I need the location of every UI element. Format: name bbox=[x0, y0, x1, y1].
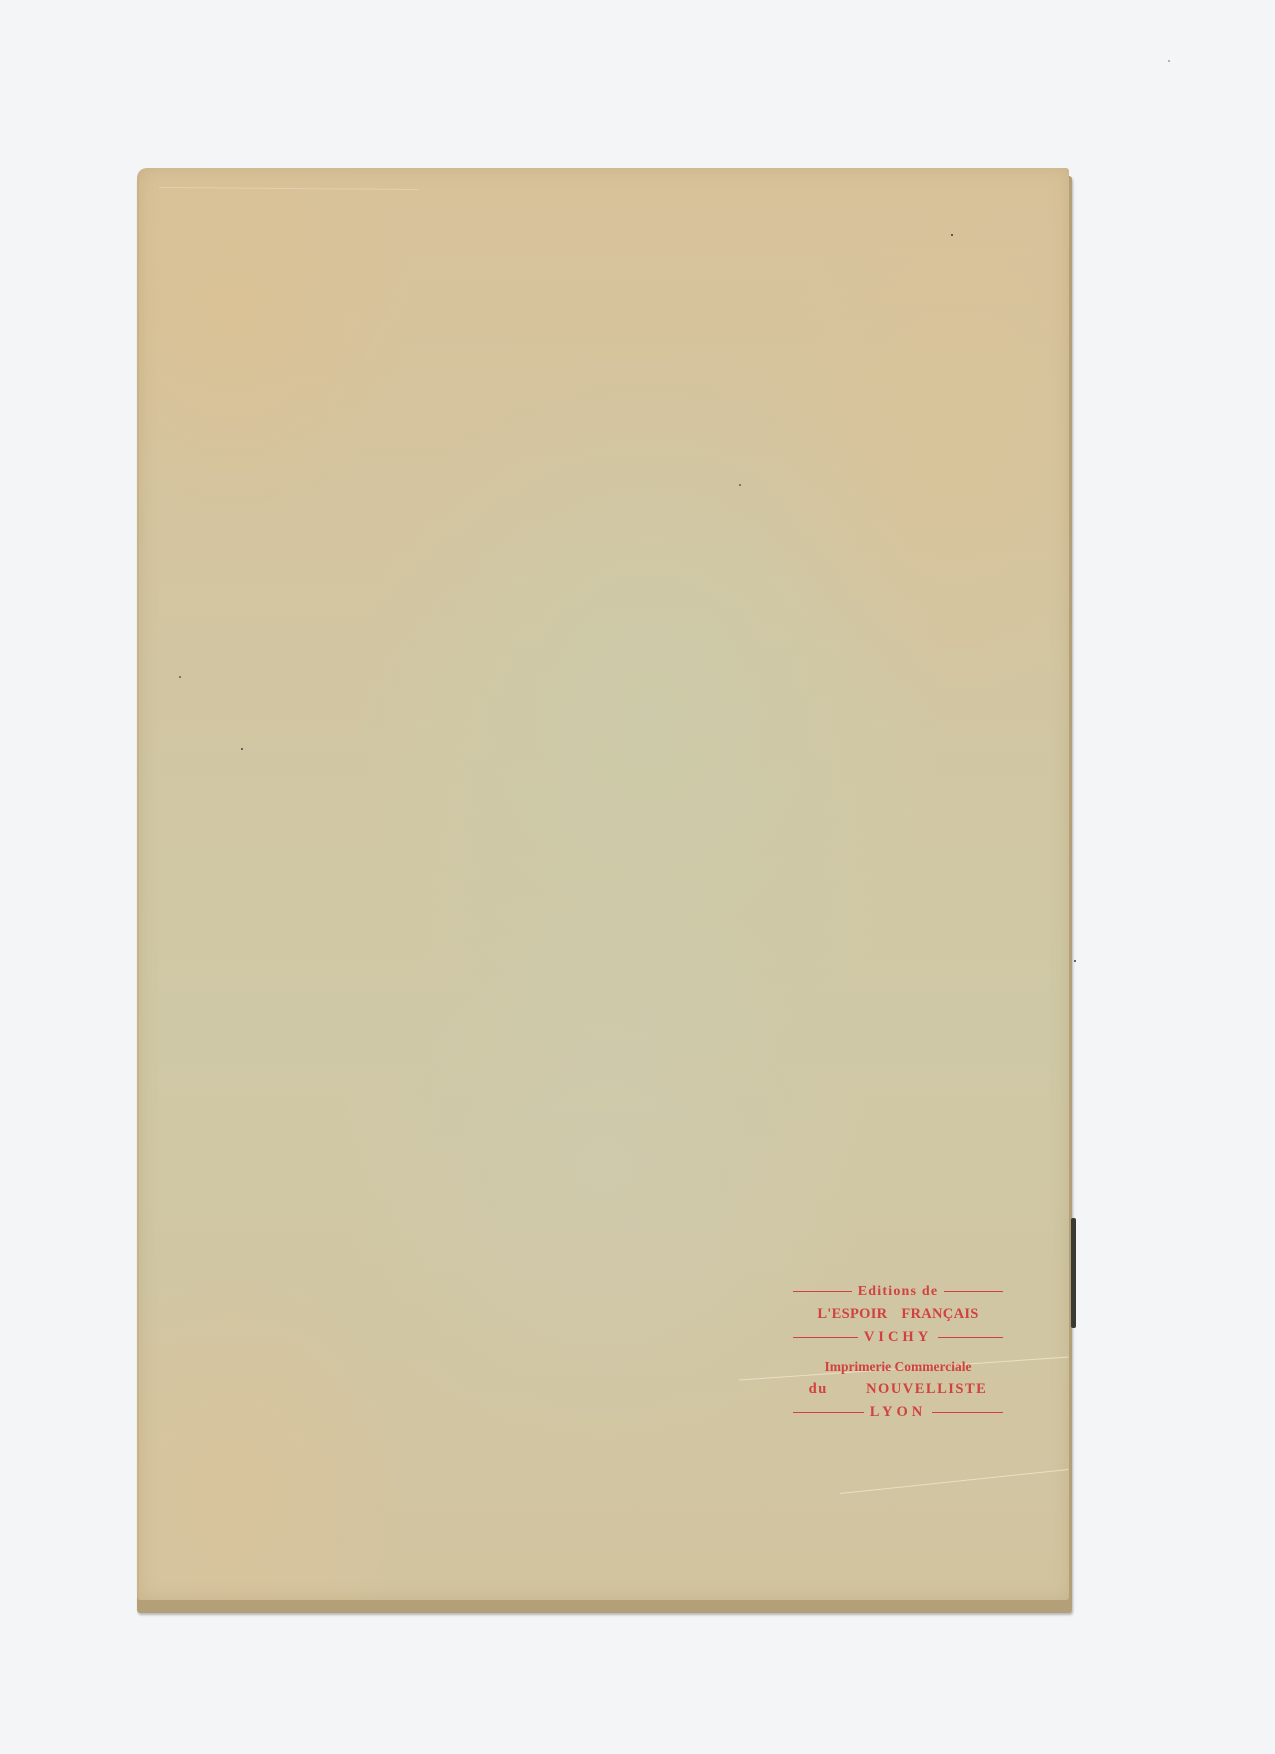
rule-left bbox=[793, 1337, 858, 1339]
back-cover: Editions de L'ESPOIR FRANÇAIS VICHY Impr… bbox=[137, 168, 1069, 1600]
rule-left bbox=[793, 1291, 852, 1293]
printer-imprint: Editions de L'ESPOIR FRANÇAIS VICHY Impr… bbox=[787, 1280, 1009, 1424]
printer-du: du bbox=[809, 1378, 828, 1401]
publisher-city: VICHY bbox=[864, 1326, 932, 1349]
paper-crease bbox=[840, 1469, 1069, 1494]
printer-line: Imprimerie Commerciale bbox=[824, 1355, 971, 1378]
imprint-line-nouvelliste: du NOUVELLISTE bbox=[787, 1378, 1009, 1401]
paper-speck bbox=[951, 234, 953, 236]
paper-crease bbox=[159, 187, 419, 190]
paper-speck bbox=[1074, 960, 1076, 962]
booklet: Editions de L'ESPOIR FRANÇAIS VICHY Impr… bbox=[137, 168, 1072, 1610]
printer-name: NOUVELLISTE bbox=[866, 1378, 987, 1401]
publisher-name: L'ESPOIR FRANÇAIS bbox=[817, 1303, 978, 1326]
imprint-line-printer: Imprimerie Commerciale bbox=[787, 1355, 1009, 1378]
printer-city: LYON bbox=[870, 1401, 927, 1424]
imprint-line-printer-city: LYON bbox=[787, 1401, 1009, 1424]
imprint-line-publisher: L'ESPOIR FRANÇAIS bbox=[787, 1303, 1009, 1326]
publisher-prefix: Editions de bbox=[858, 1280, 939, 1303]
rule-right bbox=[944, 1291, 1003, 1293]
rule-left bbox=[793, 1412, 864, 1414]
rule-right bbox=[932, 1412, 1003, 1414]
imprint-line-editions: Editions de bbox=[787, 1280, 1009, 1303]
paper-speck bbox=[179, 676, 181, 678]
scan-speck bbox=[1168, 60, 1170, 62]
paper-speck bbox=[739, 484, 741, 486]
spine-edge bbox=[1071, 1218, 1076, 1328]
imprint-line-city: VICHY bbox=[787, 1326, 1009, 1349]
rule-right bbox=[938, 1337, 1003, 1339]
paper-speck bbox=[241, 748, 243, 750]
